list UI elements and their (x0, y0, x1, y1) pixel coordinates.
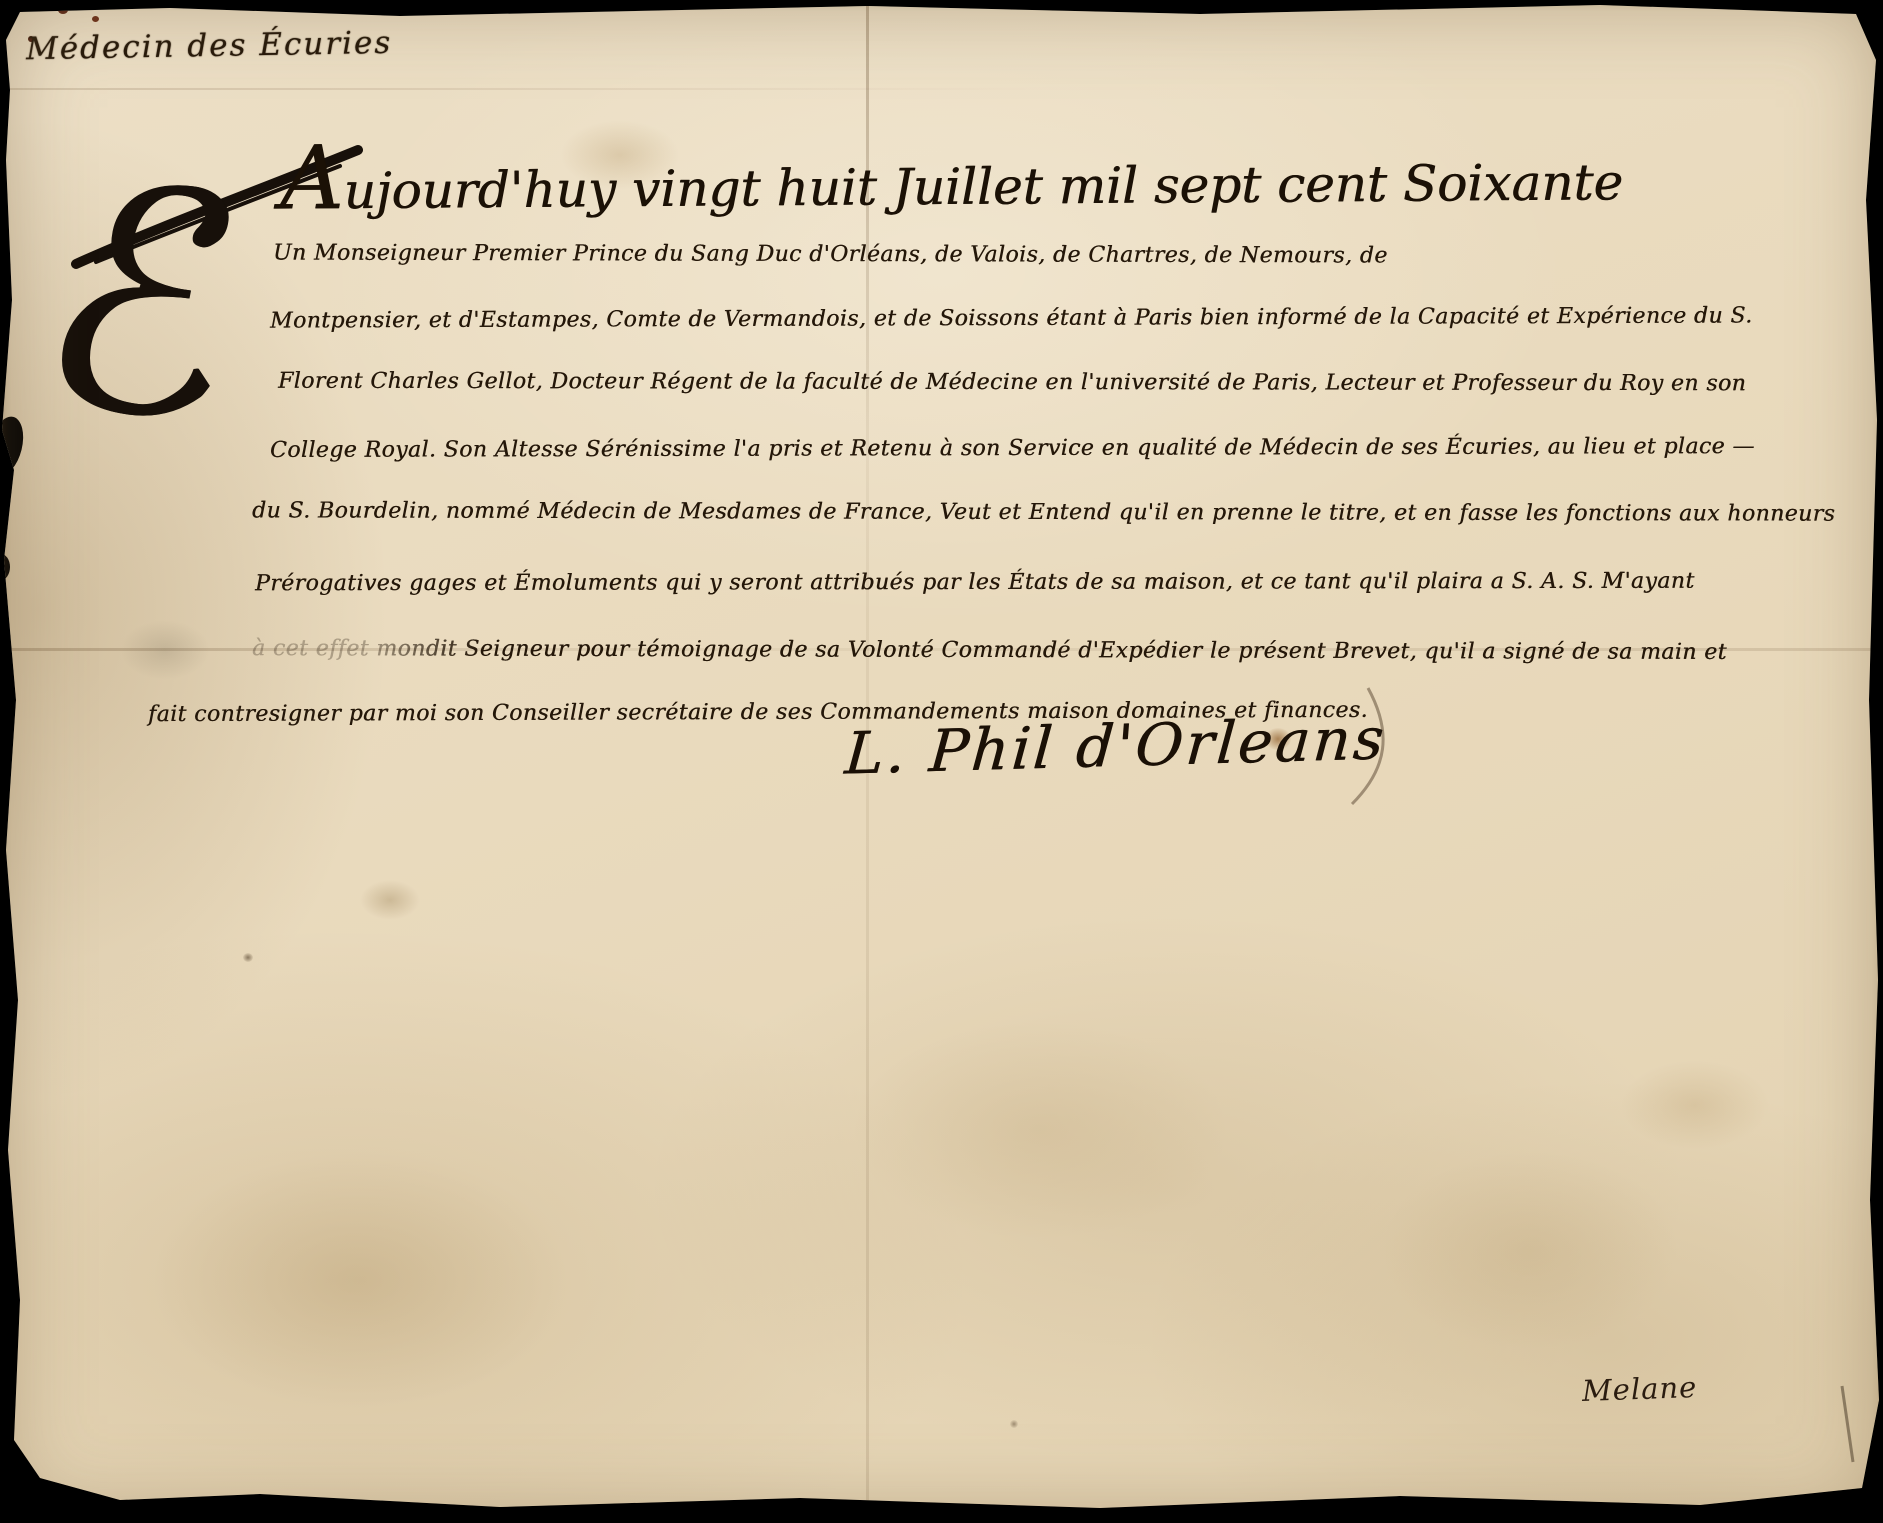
margin-mark (1842, 1386, 1853, 1462)
body-line: du S. Bourdelin, nommé Médecin de Mesdam… (252, 498, 1835, 526)
corner-speck (92, 16, 99, 22)
stain (150, 1150, 570, 1410)
countersignature-melane: Melane (1581, 1370, 1697, 1408)
stain (360, 880, 420, 920)
fold-crease-top (0, 88, 1036, 90)
paraph-flourish-icon: ℰ (19, 141, 265, 469)
date-heading: Aujourd'huy vingt huit Juillet mil sept … (280, 117, 1624, 229)
corner-speck (58, 6, 68, 14)
scan-background: Médecin des Écuries ℰ Aujourd'huy vingt … (0, 0, 1883, 1523)
body-line: Un Monseigneur Premier Prince du Sang Du… (273, 241, 1388, 269)
body-line: à cet effet mondit Seigneur pour témoign… (252, 636, 1727, 665)
stain (850, 1020, 1230, 1240)
archival-note: Médecin des Écuries (26, 25, 393, 67)
stain (1010, 1420, 1018, 1428)
signature-louis-philippe-dorleans: L. Phil d'Orleans (842, 704, 1388, 787)
edge-hole (0, 554, 10, 580)
stain (1620, 1060, 1770, 1150)
body-line: College Royal. Son Altesse Sérénissime l… (270, 434, 1755, 463)
stain (1380, 1150, 1680, 1350)
body-line: Prérogatives gages et Émoluments qui y s… (255, 569, 1695, 597)
body-line: Florent Charles Gellot, Docteur Régent d… (278, 369, 1746, 397)
stain (120, 620, 210, 680)
parchment-sheet: Médecin des Écuries ℰ Aujourd'huy vingt … (0, 0, 1883, 1523)
stain (243, 953, 253, 962)
body-line: Montpensier, et d'Estampes, Comte de Ver… (270, 303, 1753, 333)
